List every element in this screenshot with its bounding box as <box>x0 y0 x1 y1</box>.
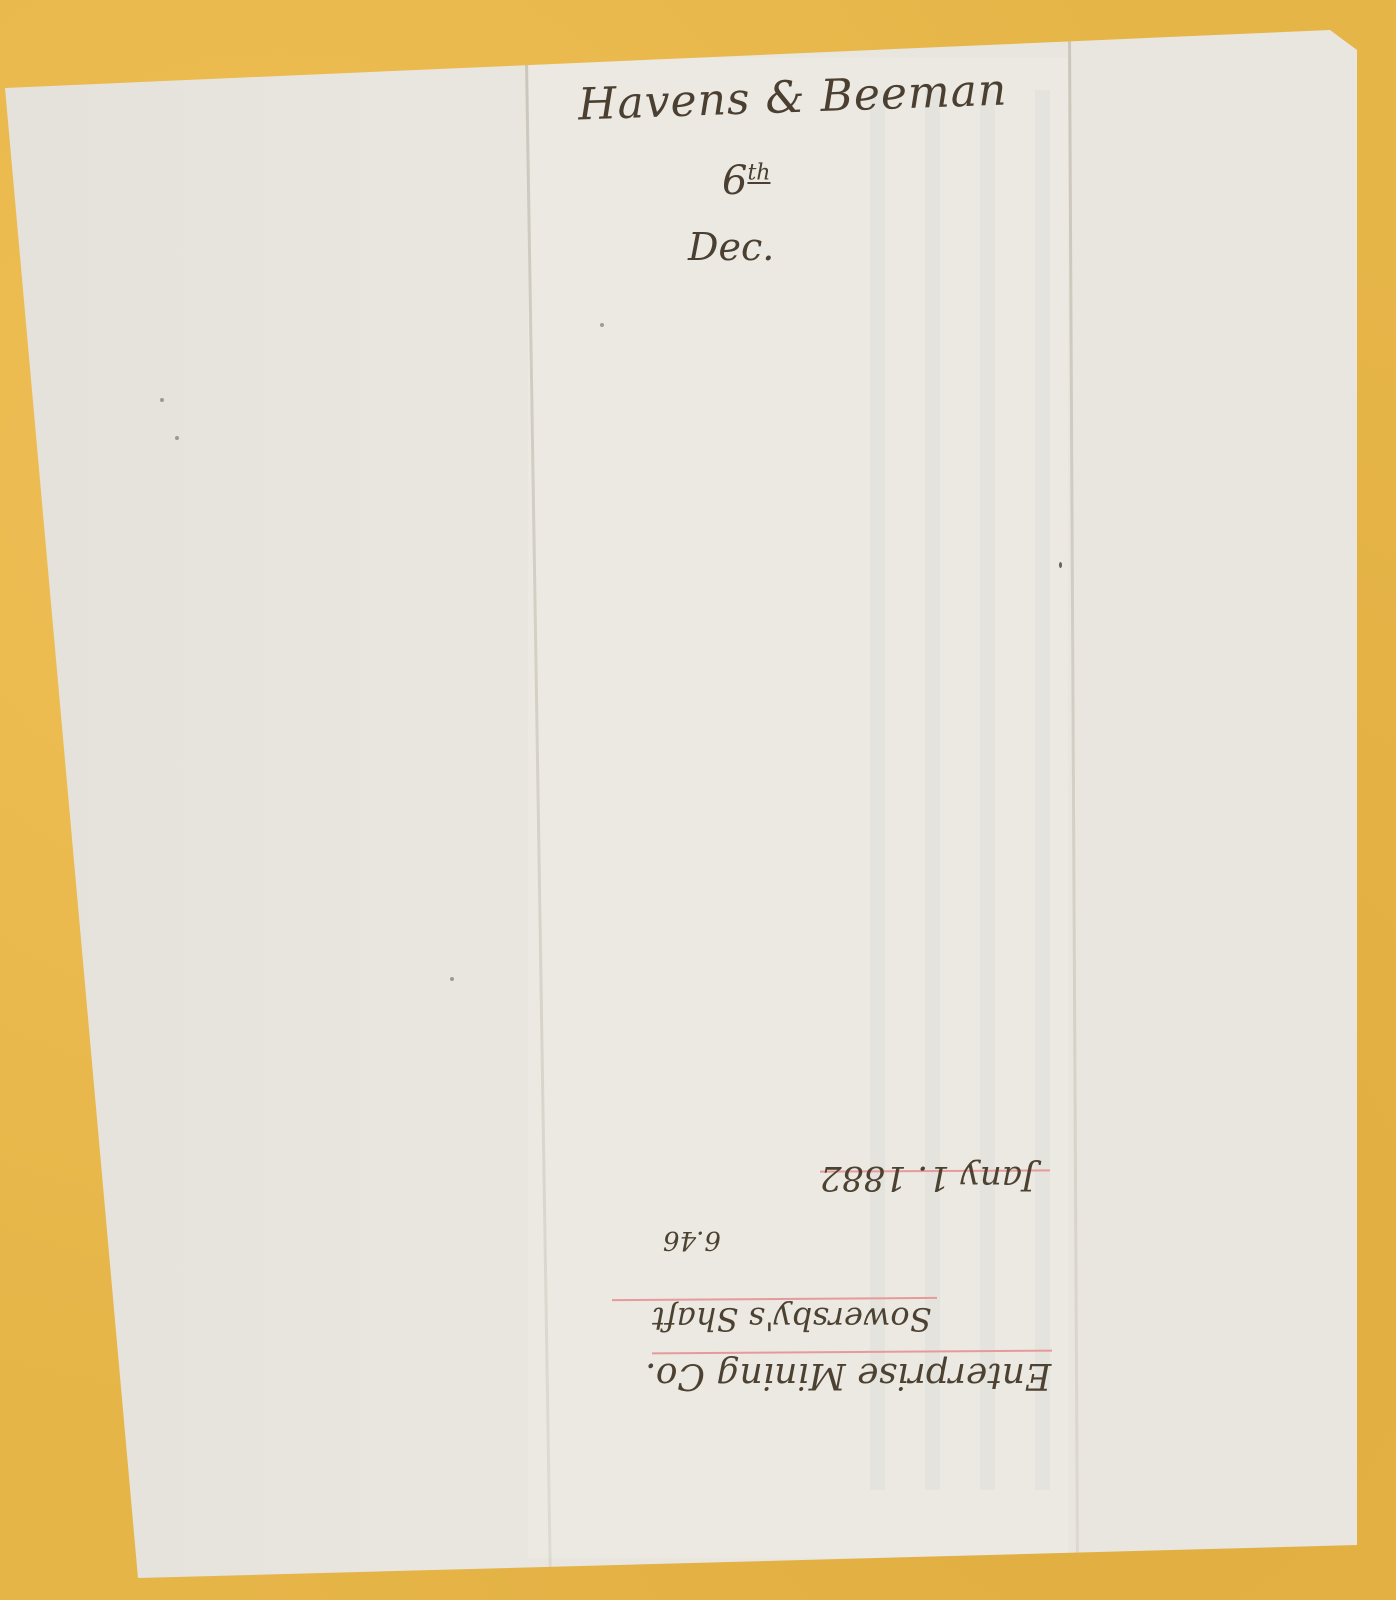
docket-day-suffix: th <box>747 161 770 186</box>
paper-speck <box>450 977 454 981</box>
inverted-amount: 6.46 <box>663 1225 721 1255</box>
inverted-date: Jany 1. 1882 <box>820 1158 1036 1198</box>
bleed-through-print <box>830 90 1080 1490</box>
docket-month: Dec. <box>688 225 774 269</box>
docket-day: 6th <box>722 158 770 204</box>
paper-speck <box>160 398 164 402</box>
inverted-company-name: Enterprise Mining Co. <box>645 1355 1051 1396</box>
paper-speck <box>1059 562 1062 568</box>
inverted-shaft-name: Sowersby's Shaft <box>652 1300 932 1338</box>
docket-day-number: 6 <box>722 158 747 204</box>
paper-speck <box>175 436 179 440</box>
paper-sheet: Havens & Beeman 6th Dec. Jany 1. 1882 6.… <box>0 0 1396 1600</box>
paper-speck <box>600 323 604 327</box>
